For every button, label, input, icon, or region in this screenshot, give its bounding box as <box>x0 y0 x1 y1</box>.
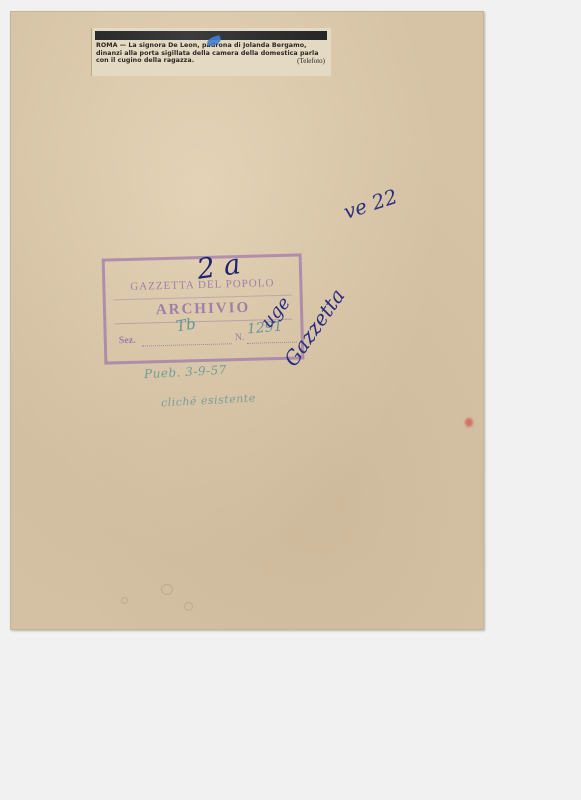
pencil-date-line: Pueb. 3-9-57 <box>144 363 227 381</box>
photo-back-paper: ROMA — La signora De Leon, padrona di Jo… <box>10 11 484 630</box>
pencil-sez-value: Tb <box>175 315 197 336</box>
stamp-number-label: N. <box>235 332 245 343</box>
stamp-sez-label: Sez. <box>119 335 136 346</box>
paper-stain <box>121 597 128 604</box>
red-stain <box>465 418 473 427</box>
stamp-sez-line <box>142 343 232 346</box>
paper-stain <box>184 602 193 611</box>
paper-stain <box>161 584 173 595</box>
pencil-note-line: cliché esistente <box>161 392 256 410</box>
newspaper-clipping: ROMA — La signora De Leon, padrona di Jo… <box>91 28 331 76</box>
ink-note-top-right: ve 22 <box>341 184 401 224</box>
clipping-credit: (Telefoto) <box>297 57 325 65</box>
ink-note-center: 2 a <box>195 247 243 286</box>
